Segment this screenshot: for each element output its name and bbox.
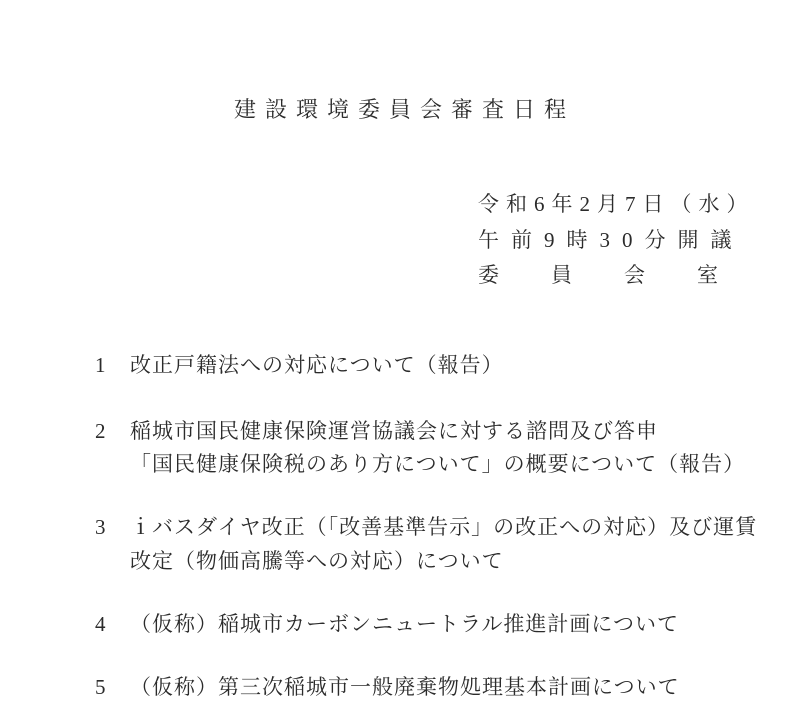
agenda-item-2-number: 2 bbox=[95, 418, 130, 444]
agenda-item-1-number: 1 bbox=[95, 352, 130, 378]
agenda-item-2: 2稲城市国民健康保険運営協議会に対する諮問及び答申 bbox=[95, 418, 658, 444]
agenda-item-2-text-line-1: 稲城市国民健康保険運営協議会に対する諮問及び答申 bbox=[130, 419, 658, 443]
agenda-item-1: 1改正戸籍法への対応について（報告） bbox=[95, 352, 504, 378]
agenda-item-3-text-line-1: ｉバスダイヤ改正（「改善基準告示」の改正への対応）及び運賃 bbox=[130, 515, 757, 539]
agenda-item-3-continuation: 改定（物価高騰等への対応）について bbox=[130, 548, 504, 574]
agenda-item-2-text-line-2: 「国民健康保険税のあり方について」の概要について（報告） bbox=[130, 452, 745, 476]
agenda-item-1-text: 改正戸籍法への対応について（報告） bbox=[130, 353, 504, 377]
agenda-document-page: 建設環境委員会審査日程 令和6年2月7日（水） 午前9時30分開議 委員会室 1… bbox=[0, 0, 800, 708]
agenda-item-5: 5（仮称）第三次稲城市一般廃棄物処理基本計画について bbox=[95, 674, 680, 700]
agenda-item-3: 3ｉバスダイヤ改正（「改善基準告示」の改正への対応）及び運賃 bbox=[95, 514, 757, 540]
meeting-info-block: 令和6年2月7日（水） 午前9時30分開議 委員会室 bbox=[478, 191, 770, 288]
agenda-item-4-text: （仮称）稲城市カーボンニュートラル推進計画について bbox=[130, 612, 679, 636]
document-title: 建設環境委員会審査日程 bbox=[0, 93, 800, 124]
meeting-date: 令和6年2月7日（水） bbox=[478, 191, 770, 217]
meeting-room: 委員会室 bbox=[478, 262, 770, 288]
agenda-item-3-text-line-2: 改定（物価高騰等への対応）について bbox=[130, 549, 504, 573]
agenda-item-5-number: 5 bbox=[95, 674, 130, 700]
agenda-item-4: 4（仮称）稲城市カーボンニュートラル推進計画について bbox=[95, 611, 679, 637]
meeting-start-time: 午前9時30分開議 bbox=[478, 227, 770, 253]
agenda-item-4-number: 4 bbox=[95, 611, 130, 637]
agenda-item-5-text: （仮称）第三次稲城市一般廃棄物処理基本計画について bbox=[130, 675, 680, 699]
agenda-item-3-number: 3 bbox=[95, 514, 130, 540]
agenda-item-2-continuation: 「国民健康保険税のあり方について」の概要について（報告） bbox=[130, 451, 745, 477]
